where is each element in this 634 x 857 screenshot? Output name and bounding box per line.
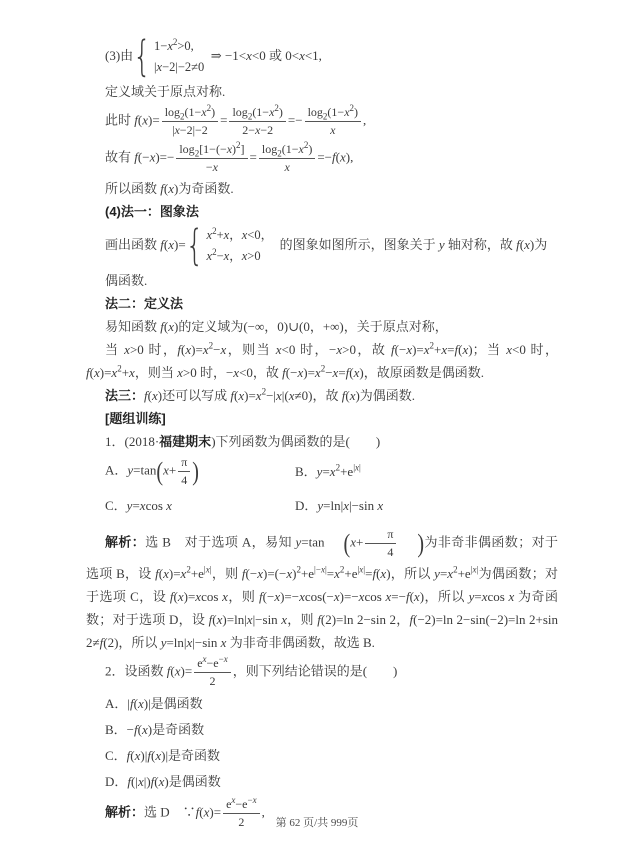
document-page: (3)由{1−x2>0,|x−2|−2≠0 ⇒ −1<x<0 或 0<x<1, … bbox=[0, 0, 634, 857]
line-piecewise-graph: 画出函数 f(x)={x2+x，x<0，x2−x，x>0 的图象如图所示，图象关… bbox=[86, 223, 558, 292]
line-fx-expression: 此时 f(x)=log2(1−x2)|x−2|−2=log2(1−x2)2−x−… bbox=[86, 103, 558, 140]
q1-options-row-1: A．y=tan(x+π4) B．y=x2+e|x| bbox=[86, 453, 558, 490]
line-domain-system: (3)由{1−x2>0,|x−2|−2≠0 ⇒ −1<x<0 或 0<x<1, bbox=[86, 34, 558, 80]
q1-options-row-2: C．y=xcos x D．y=ln|x|−sin x bbox=[86, 494, 558, 517]
q2-option-a: A．|f(x)|是偶函数 bbox=[86, 691, 558, 717]
question-2-stem: 2．设函数 f(x)=ex−e−x2，则下列结论错误的是( ) bbox=[86, 654, 558, 691]
q1-option-d: D．y=ln|x|−sin x bbox=[295, 494, 558, 517]
line-definition-check: 当 x>0 时，f(x)=x2−x，则当 x<0 时，−x>0，故 f(−x)=… bbox=[86, 338, 558, 384]
heading-method-2: 法二：定义法 bbox=[86, 292, 558, 315]
q1-option-a: A．y=tan(x+π4) bbox=[105, 453, 295, 490]
line-odd-conclusion: 所以函数 f(x)为奇函数. bbox=[86, 177, 558, 200]
q2-option-c: C．f(x)|f(x)|是奇函数 bbox=[86, 743, 558, 769]
page-number: 第 62 页/共 999页 bbox=[0, 814, 634, 830]
line-method-3: 法三：f(x)还可以写成 f(x)=x2−|x|(x≠0)，故 f(x)为偶函数… bbox=[86, 384, 558, 407]
document-body: (3)由{1−x2>0,|x−2|−2≠0 ⇒ −1<x<0 或 0<x<1, … bbox=[86, 34, 558, 832]
q1-option-b: B．y=x2+e|x| bbox=[295, 460, 558, 483]
line-symmetry-note: 定义域关于原点对称. bbox=[86, 80, 558, 103]
q1-solution: 解析：选 B 对于选项 A，易知 y=tan(x+π4)为非奇非偶函数；对于选项… bbox=[86, 525, 558, 654]
question-1-stem: 1．(2018·福建期末)下列函数为偶函数的是( ) bbox=[86, 430, 558, 453]
q2-option-b: B．−f(x)是奇函数 bbox=[86, 717, 558, 743]
line-f-negx-expression: 故有 f(−x)=−log2[1−(−x)2]−x=log2(1−x2)x=−f… bbox=[86, 140, 558, 177]
heading-training-set: [题组训练] bbox=[86, 407, 558, 430]
line-domain-definition: 易知函数 f(x)的定义域为(−∞，0)∪(0，+∞)，关于原点对称， bbox=[86, 315, 558, 338]
heading-method-1: (4)法一：图象法 bbox=[86, 200, 558, 223]
q2-option-d: D．f(|x|)f(x)是偶函数 bbox=[86, 769, 558, 795]
q1-option-c: C．y=xcos x bbox=[105, 494, 295, 517]
